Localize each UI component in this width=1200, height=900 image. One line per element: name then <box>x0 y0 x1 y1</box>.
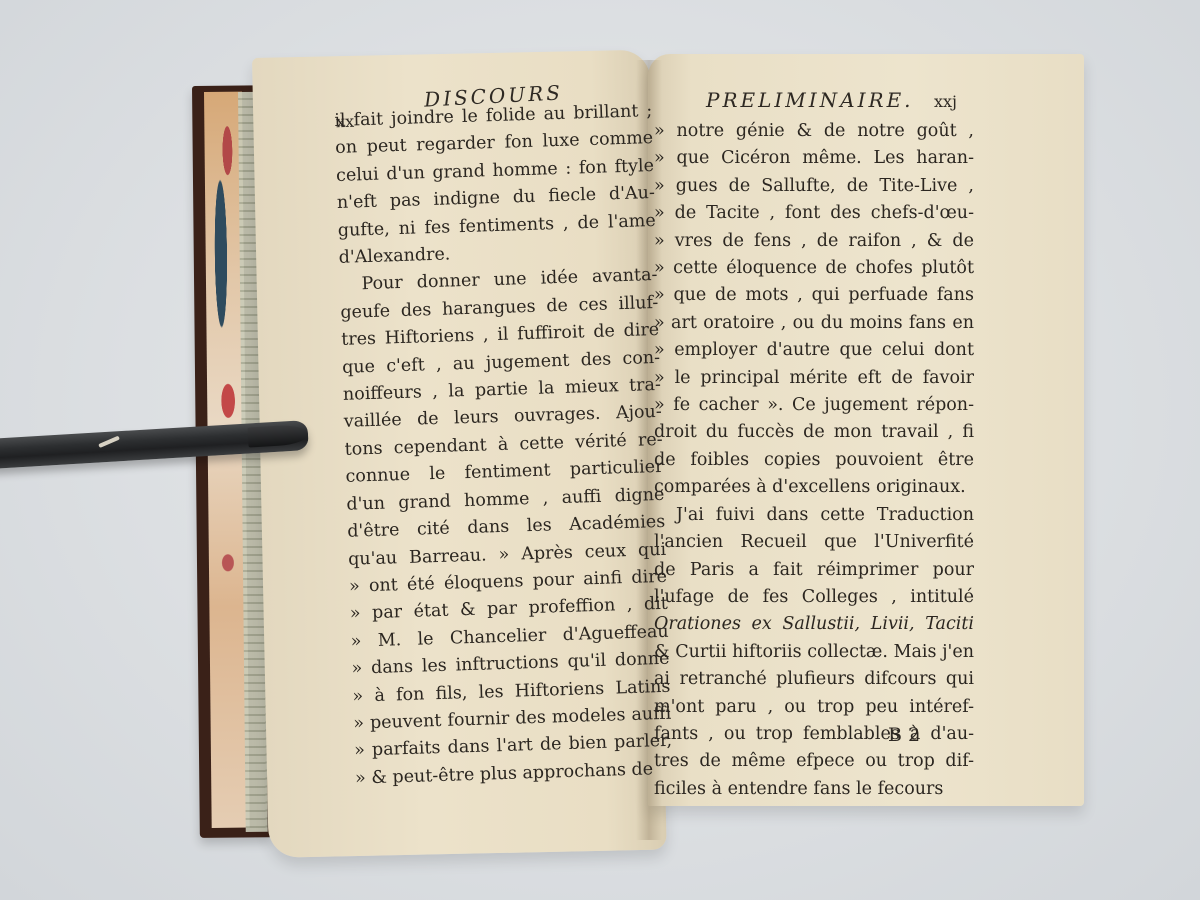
text-line: » employer d'autre que celui dont <box>654 337 974 364</box>
pen-glint <box>98 436 120 448</box>
text-line: » que de mots , qui perfuade fans <box>654 282 974 309</box>
photo-scene: xx DISCOURS PRELIMINAIRE. xxj il fait jo… <box>0 0 1200 900</box>
text-line: & Curtii hiftoriis collectæ. Mais j'en <box>654 639 974 666</box>
text-line: » que Cicéron même. Les haran- <box>654 145 974 172</box>
text-line: de Paris a fait réimprimer pour <box>654 557 974 584</box>
text-line: J'ai fuivi dans cette Traduction <box>654 502 974 529</box>
right-running-head: PRELIMINAIRE. <box>706 88 914 112</box>
text-line: » le principal mérite eft de favoir <box>654 365 974 392</box>
text-line: de foibles copies pouvoient être <box>654 447 974 474</box>
text-line: tres de même efpece ou trop dif- <box>654 748 974 775</box>
text-line: m'ont paru , ou trop peu intéref- <box>654 694 974 721</box>
text-line: » fe cacher ». Ce jugement répon- <box>654 392 974 419</box>
right-page-text: » notre génie & de notre goût ,» que Cic… <box>654 118 974 803</box>
text-line: l'ancien Recueil que l'Univerfité <box>654 529 974 556</box>
text-line: » vres de fens , de raifon , & de <box>654 228 974 255</box>
text-line: droit du fuccès de mon travail , fi <box>654 419 974 446</box>
text-line: » art oratoire , ou du moins fans en <box>654 310 974 337</box>
text-line: comparées à d'excellens originaux. <box>654 474 974 501</box>
left-page-text: il fait joindre le folide au brillant ;o… <box>334 98 673 793</box>
text-line: Orationes ex Sallustii, Livii, Taciti <box>654 611 974 638</box>
text-line: » de Tacite , font des chefs-d'œu- <box>654 200 974 227</box>
text-line: » gues de Sallufte, de Tite-Live , <box>654 173 974 200</box>
right-page-number: xxj <box>934 92 957 111</box>
signature-mark: B 2 <box>888 724 920 746</box>
text-line: fants , ou trop femblables à d'au- <box>654 721 974 748</box>
text-line: » notre génie & de notre goût , <box>654 118 974 145</box>
text-line: ficiles à entendre fans le fecours <box>654 776 974 803</box>
text-line: l'ufage de fes Colleges , intitulé <box>654 584 974 611</box>
text-line: ai retranché plufieurs difcours qui <box>654 666 974 693</box>
text-line: » cette éloquence de chofes plutôt <box>654 255 974 282</box>
